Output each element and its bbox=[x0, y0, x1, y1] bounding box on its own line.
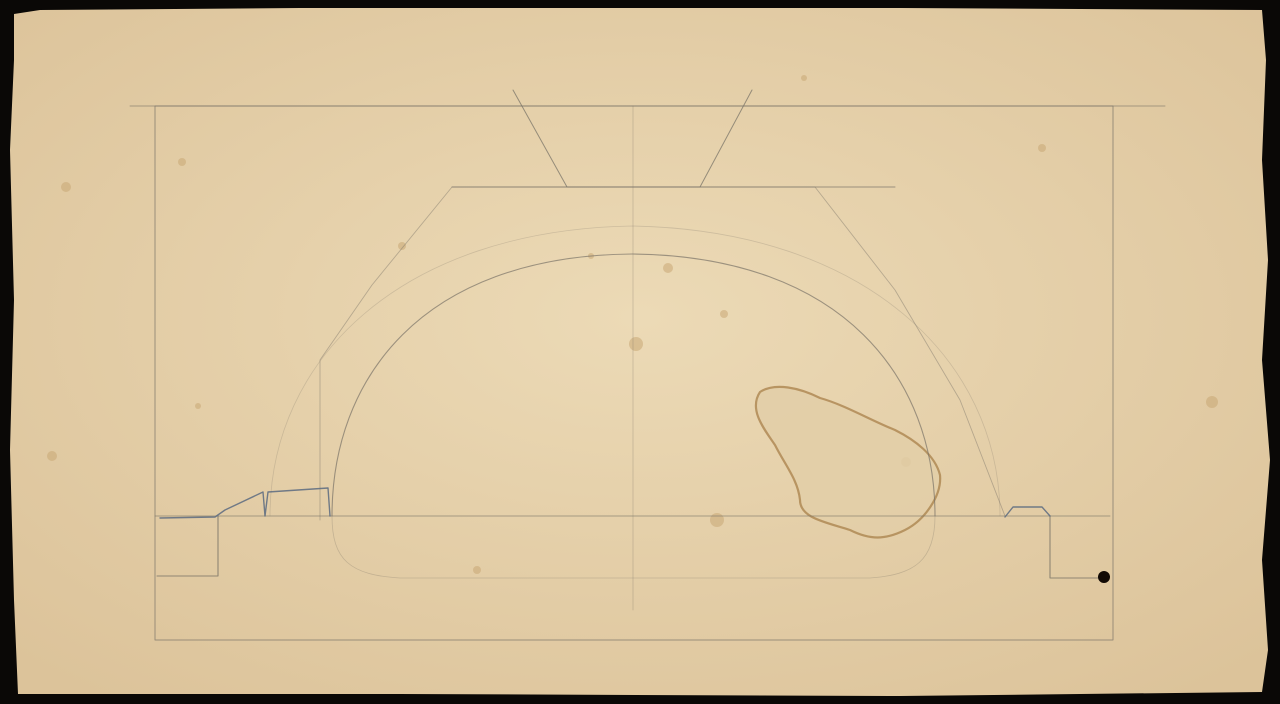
stain-spot bbox=[663, 263, 673, 273]
stain-spot bbox=[473, 566, 481, 574]
stain-spot bbox=[47, 451, 57, 461]
stain-spot bbox=[178, 158, 186, 166]
stain-spot bbox=[1038, 144, 1046, 152]
paper-sheet bbox=[10, 8, 1270, 696]
scanned-drawing-sheet bbox=[0, 0, 1280, 704]
stain-spot bbox=[710, 513, 724, 527]
drawing-canvas bbox=[0, 0, 1280, 704]
burn-hole-spot bbox=[1098, 571, 1110, 583]
stain-spot bbox=[195, 403, 201, 409]
stain-spot bbox=[61, 182, 71, 192]
stain-spot bbox=[1206, 396, 1218, 408]
stain-spot bbox=[720, 310, 728, 318]
stain-spot bbox=[629, 337, 643, 351]
stain-spot bbox=[801, 75, 807, 81]
